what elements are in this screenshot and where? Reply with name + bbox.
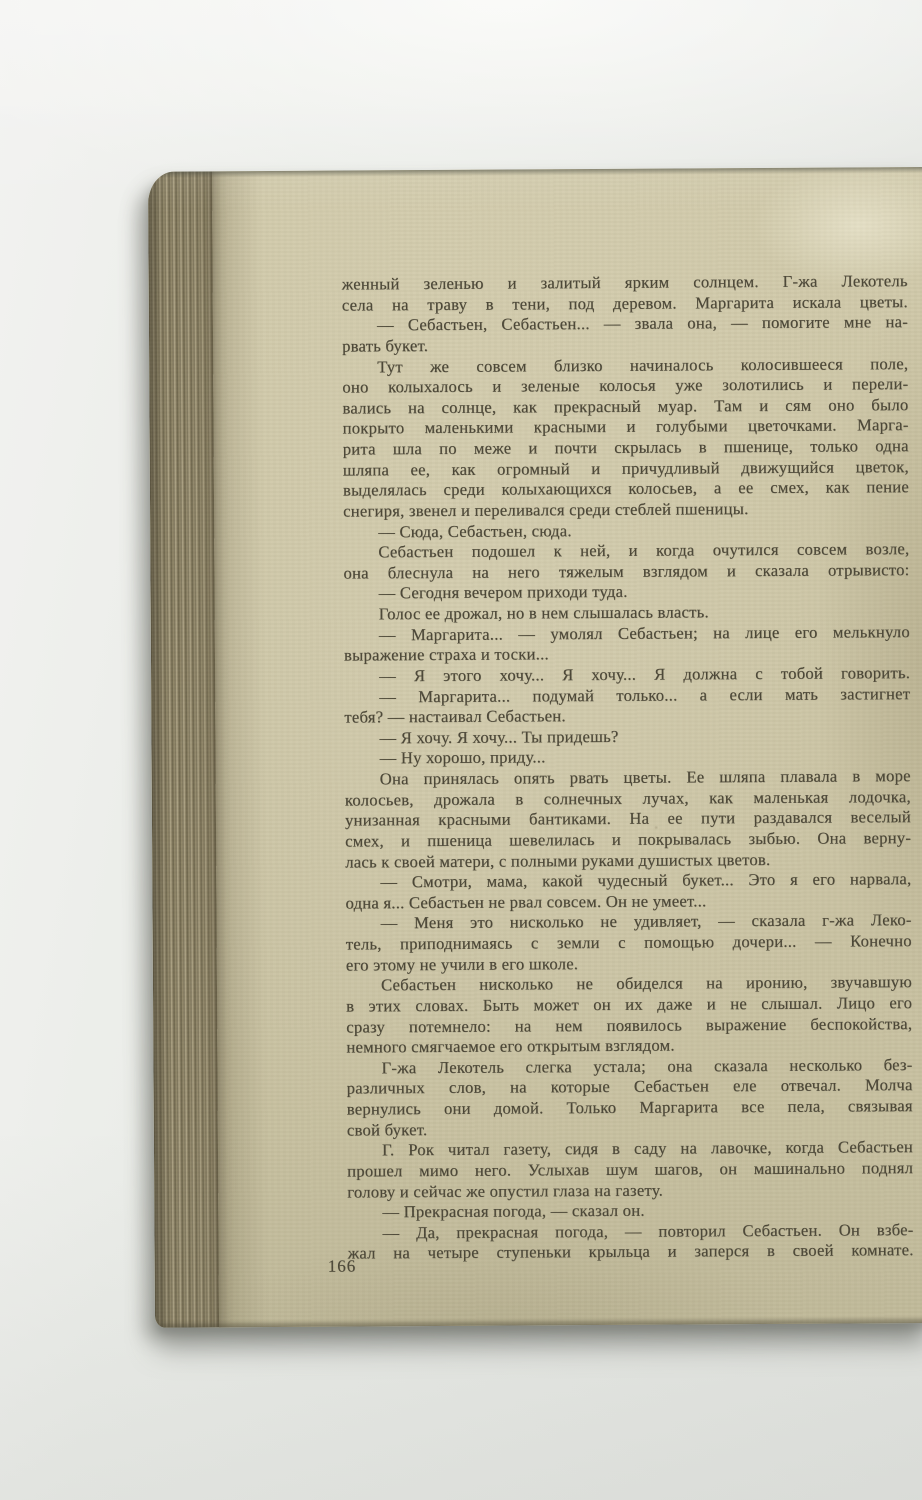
text-line: вернулись они домой. Только Маргарита вс… [347, 1096, 913, 1120]
text-line: — Я этого хочу... Я хочу... Я должна с т… [344, 663, 910, 687]
text-line: в этих словах. Быть может он их даже и н… [346, 993, 912, 1017]
book-page: женный зеленью и залитый ярким солнцем. … [212, 167, 922, 1327]
book: женный зеленью и залитый ярким солнцем. … [148, 167, 922, 1328]
text-line: рита шла по меже и почти скрылась в пшен… [343, 436, 909, 460]
text-line: прошел мимо него. Услыхав шум шагов, он … [347, 1158, 913, 1182]
text-line: жал на четыре ступеньки крыльца и заперс… [348, 1240, 914, 1264]
text-line: она блеснула на него тяжелым взглядом и … [343, 560, 909, 584]
page-text: женный зеленью и залитый ярким солнцем. … [342, 271, 914, 1264]
text-line: смех, и пшеница шевелилась и покрывалась… [345, 828, 911, 852]
book-fore-edge-pages [148, 171, 221, 1327]
text-line: — Маргарита... — умолял Себастьен; на ли… [344, 622, 910, 646]
text-line: женный зеленью и залитый ярким солнцем. … [342, 271, 908, 295]
text-line: — Себастьен, Себастьен... — звала она, —… [342, 312, 908, 336]
text-line: сразу потемнело: на нем появилось выраже… [346, 1014, 912, 1038]
page-number: 166 [328, 1256, 357, 1276]
text-line: тель, приподнимаясь с земли с помощью до… [346, 931, 912, 955]
text-line: — Смотри, мама, какой чудесный букет... … [345, 869, 911, 893]
text-line: выделялась среди колыхающихся колосьев, … [343, 477, 909, 501]
text-line: — Маргарита... подумай только... а если … [344, 684, 910, 708]
photo-backdrop: женный зеленью и залитый ярким солнцем. … [0, 0, 922, 1500]
text-line: Она принялась опять рвать цветы. Ее шляп… [345, 766, 911, 790]
